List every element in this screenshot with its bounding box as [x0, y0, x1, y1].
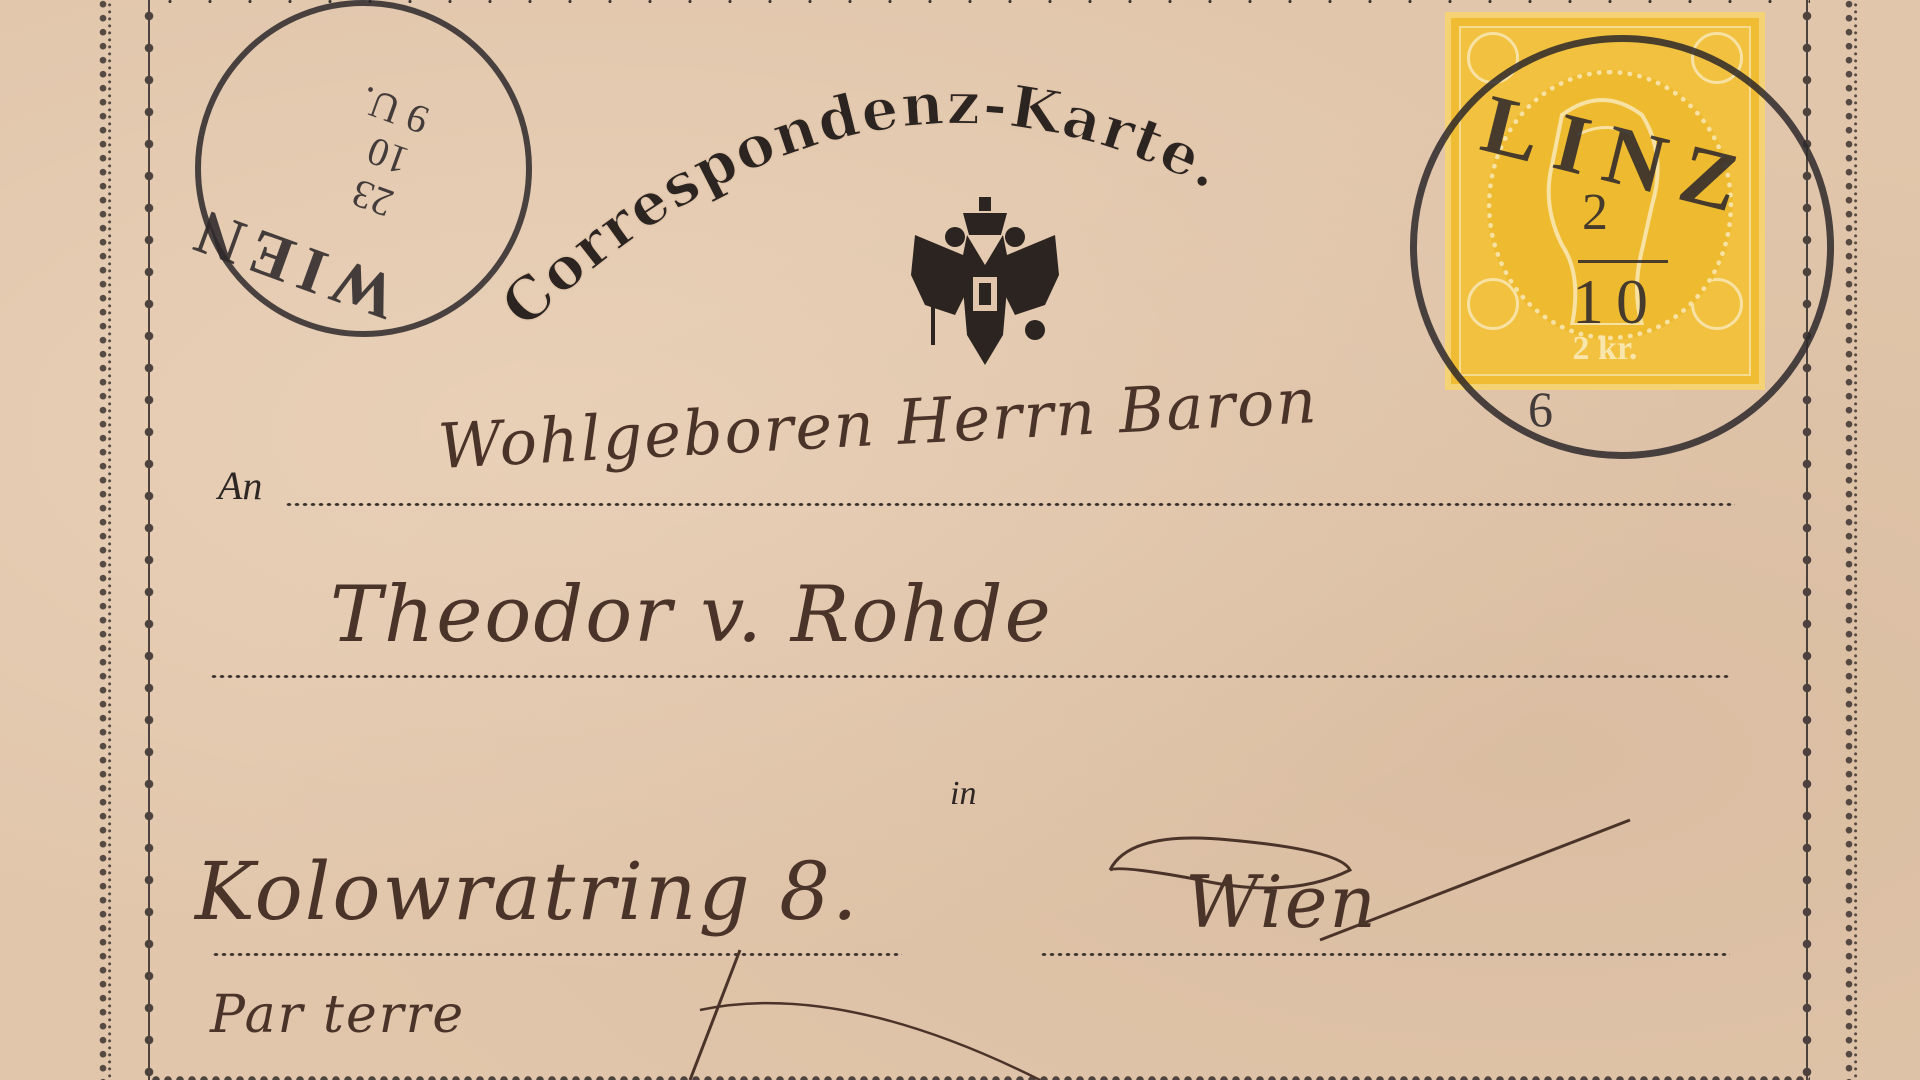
city-flourish: [1090, 810, 1650, 960]
destination-postmark-day: 2: [1582, 183, 1608, 242]
street-address: Kolowratring 8.: [195, 845, 859, 938]
card-title-text: Correspondenz-Karte.: [488, 69, 1235, 340]
destination-postmark: LINZ 2 10 6: [1410, 35, 1840, 465]
svg-text:Correspondenz-Karte.: Correspondenz-Karte.: [488, 69, 1235, 340]
destination-postmark-time: 6: [1528, 380, 1553, 438]
to-label: An: [218, 462, 262, 509]
double-headed-eagle-icon: [905, 195, 1065, 370]
destination-postmark-month: 10: [1572, 265, 1660, 339]
underline-flourish: [540, 930, 1060, 1080]
floor-note: Par terre: [210, 985, 465, 1045]
in-label: in: [950, 775, 976, 813]
address-line-1: [285, 502, 1735, 507]
postmark-divider: [1578, 260, 1668, 263]
address-line-2: [210, 674, 1730, 679]
recipient-name: Theodor v. Rohde: [330, 570, 1053, 660]
destination-postmark-ring: [1383, 8, 1862, 487]
